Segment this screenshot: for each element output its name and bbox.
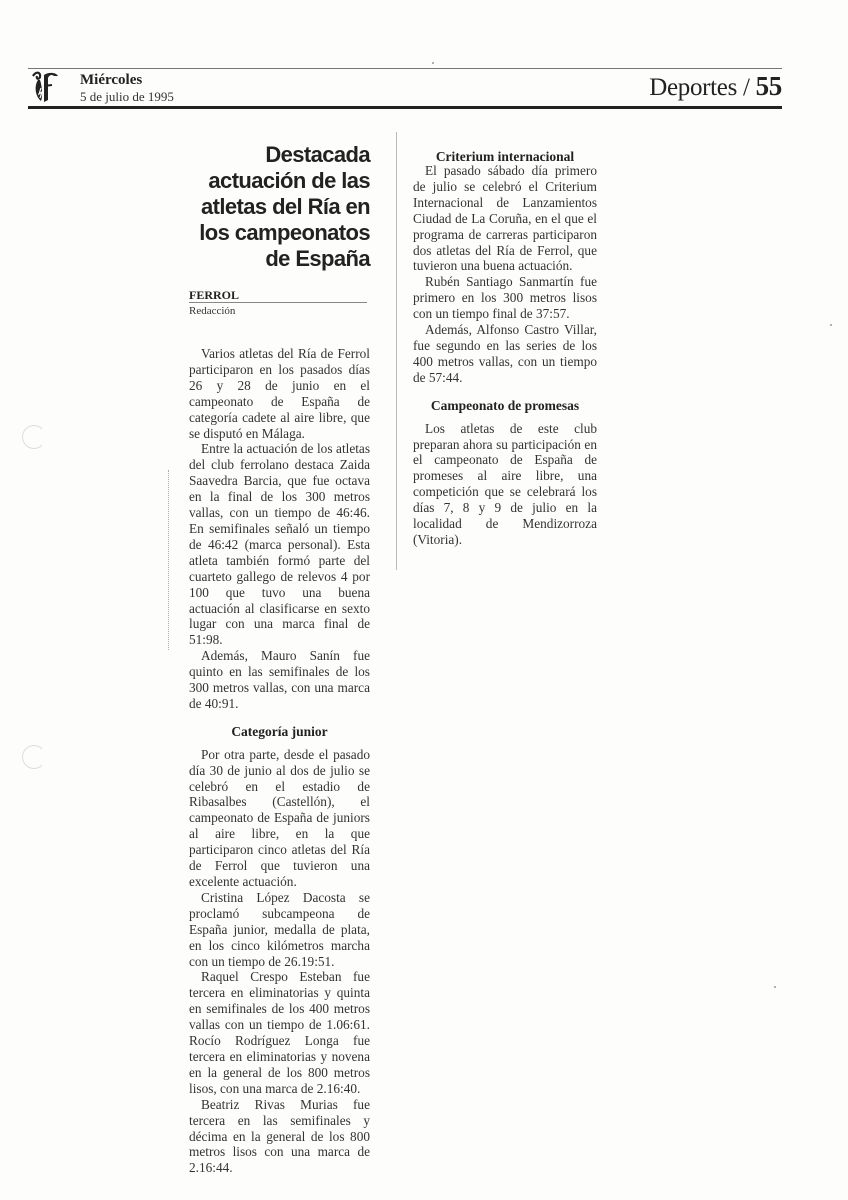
subhead-campeonato-de-promesas: Campeonato de promesas — [413, 398, 597, 414]
punch-hole-mark — [22, 425, 46, 449]
gothic-monogram-icon — [30, 70, 60, 104]
article-column-2: El pasado sábado día primero de julio se… — [413, 163, 597, 548]
margin-marks — [168, 470, 170, 650]
paragraph: Raquel Crespo Esteban fue tercera en eli… — [189, 969, 370, 1096]
subhead-categoria-junior: Categoría junior — [189, 724, 370, 740]
masthead-bottom-rule — [28, 106, 782, 109]
scan-speck — [432, 62, 434, 64]
paragraph: Por otra parte, desde el pasado día 30 d… — [189, 747, 370, 890]
section-label: Deportes / — [649, 74, 749, 101]
column-divider — [396, 132, 397, 570]
paragraph: Los atletas de este club preparan ahora … — [413, 421, 597, 548]
punch-hole-mark — [22, 745, 46, 769]
article-headline: Destacada actuación de las atletas del R… — [189, 142, 370, 272]
paragraph: Además, Mauro Sanín fue quinto en las se… — [189, 648, 370, 712]
paragraph: Cristina López Dacosta se proclamó subca… — [189, 890, 370, 970]
page-number: 55 — [756, 71, 782, 101]
masthead-date: 5 de julio de 1995 — [80, 89, 174, 105]
dateline-rule — [189, 302, 367, 303]
masthead-day: Miércoles — [80, 72, 142, 89]
paragraph: El pasado sábado día primero de julio se… — [413, 163, 597, 274]
paragraph: Entre la actuación de los atletas del cl… — [189, 441, 370, 648]
paragraph: Varios atletas del Ría de Ferrol partici… — [189, 346, 370, 441]
masthead-top-rule — [28, 68, 782, 69]
article-column-1: Varios atletas del Ría de Ferrol partici… — [189, 346, 370, 1176]
byline: Redacción — [189, 305, 235, 317]
section-title: Deportes / 55 — [649, 71, 782, 102]
paragraph: Beatriz Rivas Murias fue tercera en las … — [189, 1097, 370, 1177]
dateline: FERROL — [189, 288, 239, 303]
scan-speck — [774, 986, 776, 988]
paragraph: Además, Alfonso Castro Villar, fue segun… — [413, 322, 597, 386]
scan-speck — [830, 324, 832, 326]
paragraph: Rubén Santiago Sanmartín fue primero en … — [413, 274, 597, 322]
